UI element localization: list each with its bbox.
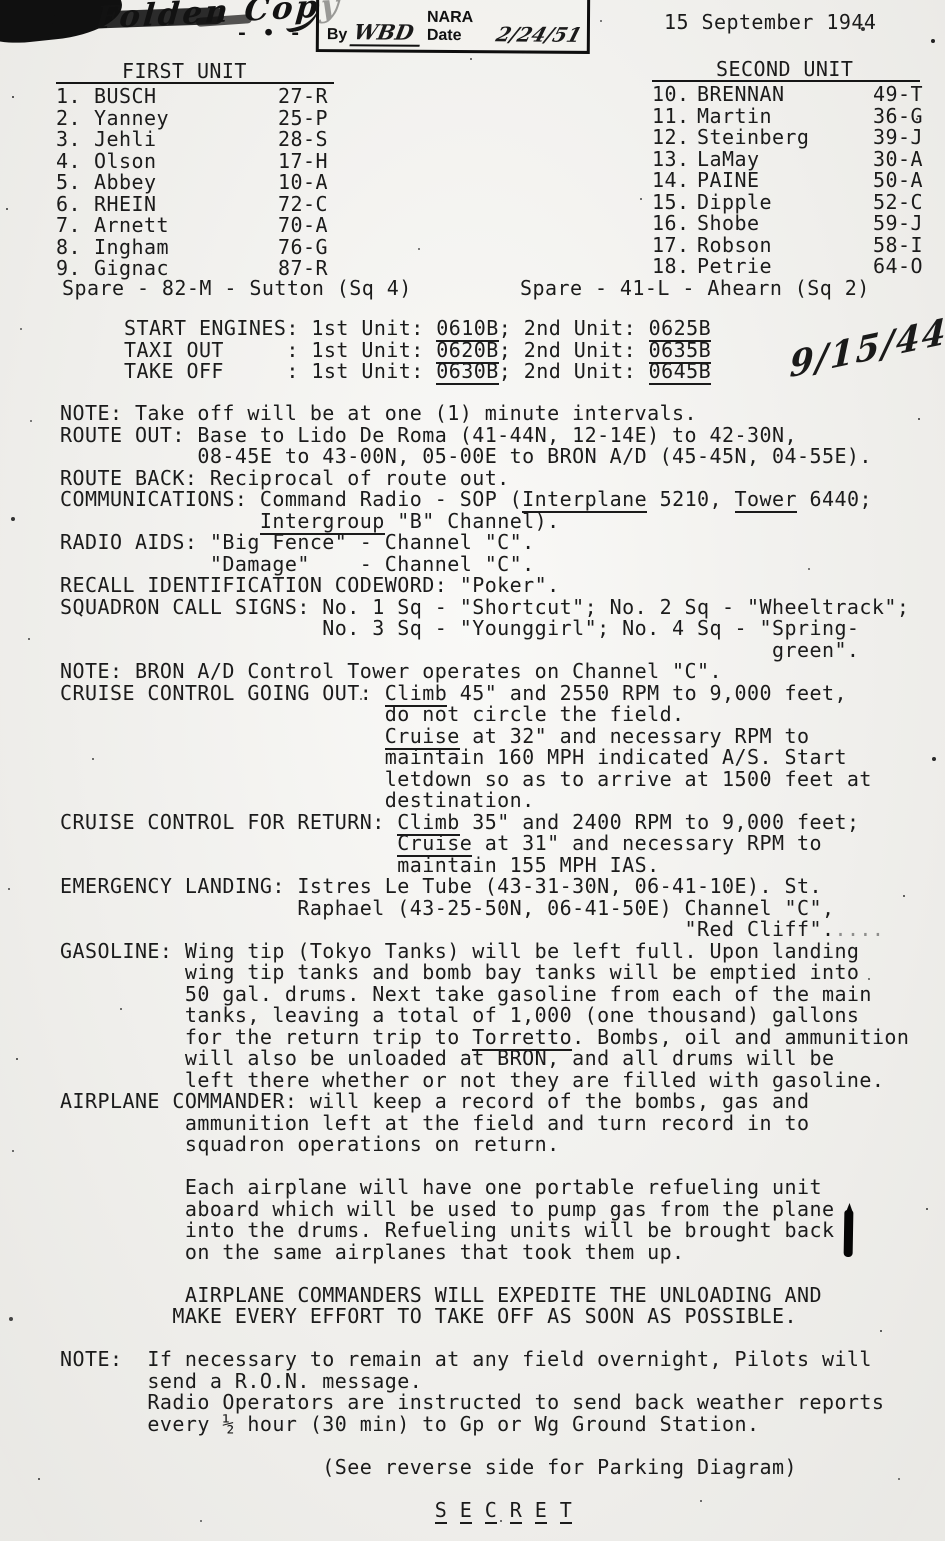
unit-row: 16.Shobe59-J — [652, 213, 920, 235]
text-line: "Damage" - Channel "C". — [60, 554, 909, 576]
document-date: 15 September 1944 — [664, 10, 876, 34]
text-line: wing tip tanks and bomb bay tanks will b… — [60, 962, 909, 984]
text-line: maintain 155 MPH IAS. — [60, 855, 909, 877]
text-line: NOTE: BRON A/D Control Tower operates on… — [60, 661, 909, 683]
text-line: NOTE: Take off will be at one (1) minute… — [60, 403, 909, 425]
text-line: "Red Cliff"..... — [60, 919, 909, 941]
text-line: Radio Operators are instructed to send b… — [60, 1392, 909, 1414]
unit-row: 8.Ingham76-G — [56, 237, 334, 259]
text-line: AIRPLANE COMMANDER: will keep a record o… — [60, 1091, 909, 1113]
text-line: left there whether or not they are fille… — [60, 1070, 909, 1092]
unit-row: 3.Jehli28-S — [56, 129, 334, 151]
unit-row: 1.BUSCH27-R — [56, 86, 334, 108]
unit-row: 15.Dipple52-C — [652, 192, 920, 214]
second-unit-table: 10.BRENNAN49-T11.Martin36-G12.Steinberg3… — [652, 84, 920, 278]
nara-declassification-stamp: By WBD NARA Date 2/24/51 — [316, 0, 590, 54]
second-unit-title: SECOND UNIT — [652, 58, 920, 82]
text-line: ammunition left at the field and turn re… — [60, 1113, 909, 1135]
text-line: (See reverse side for Parking Diagram) — [60, 1457, 909, 1479]
text-line: destination. — [60, 790, 909, 812]
text-line: green". — [60, 640, 909, 662]
text-line: EMERGENCY LANDING: Istres Le Tube (43-31… — [60, 876, 909, 898]
first-unit-spare: Spare - 82-M - Sutton (Sq 4) — [62, 276, 412, 300]
text-line: RECALL IDENTIFICATION CODEWORD: "Poker". — [60, 575, 909, 597]
unit-row: 4.Olson17-H — [56, 151, 334, 173]
text-line: ROUTE OUT: Base to Lido De Roma (41-44N,… — [60, 425, 909, 447]
second-unit-spare: Spare - 41-L - Ahearn (Sq 2) — [520, 276, 870, 300]
unit-row: 2.Yanney25-P — [56, 108, 334, 130]
unit-row: 10.BRENNAN49-T — [652, 84, 920, 106]
text-line — [60, 1156, 909, 1178]
text-line: S E C R E T — [60, 1500, 909, 1522]
document-page: Folden Copy - • - By WBD NARA Date 2/24/… — [0, 0, 945, 1541]
text-line: for the return trip to Torretto. Bombs, … — [60, 1027, 909, 1049]
text-line: maintain 160 MPH indicated A/S. Start — [60, 747, 909, 769]
text-line — [60, 1478, 909, 1500]
scan-specks — [12, 96, 14, 98]
text-line: 08-45E to 43-00N, 05-00E to BRON A/D (45… — [60, 446, 909, 468]
unit-row: 12.Steinberg39-J — [652, 127, 920, 149]
ink-mark — [844, 1210, 854, 1257]
text-line: will also be unloaded at BRON, and all d… — [60, 1048, 909, 1070]
text-line: MAKE EVERY EFFORT TO TAKE OFF AS SOON AS… — [60, 1306, 909, 1328]
document-body: NOTE: Take off will be at one (1) minute… — [60, 403, 909, 1521]
text-line — [60, 1328, 909, 1350]
text-line: GASOLINE: Wing tip (Tokyo Tanks) will be… — [60, 941, 909, 963]
text-line: do not circle the field. — [60, 704, 909, 726]
stamp-date-handwritten: 2/24/51 — [493, 22, 584, 47]
text-line: squadron operations on return. — [60, 1134, 909, 1156]
text-line: into the drums. Refueling units will be … — [60, 1220, 909, 1242]
text-line: letdown so as to arrive at 1500 feet at — [60, 769, 909, 791]
text-line: RADIO AIDS: "Big Fence" - Channel "C". — [60, 532, 909, 554]
text-line: Intergroup "B" Channel). — [60, 511, 909, 533]
text-line: START ENGINES: 1st Unit: 0610B; 2nd Unit… — [124, 318, 711, 340]
text-line: NOTE: If necessary to remain at any fiel… — [60, 1349, 909, 1371]
text-line: tanks, leaving a total of 1,000 (one tho… — [60, 1005, 909, 1027]
text-line: on the same airplanes that took them up. — [60, 1242, 909, 1264]
unit-row: 7.Arnett70-A — [56, 215, 334, 237]
handwritten-date: 9/15/44 — [789, 311, 945, 387]
text-line: SQUADRON CALL SIGNS: No. 1 Sq - "Shortcu… — [60, 597, 909, 619]
second-unit-block: SECOND UNIT 10.BRENNAN49-T11.Martin36-G1… — [652, 58, 920, 278]
first-unit-block: FIRST UNIT 1.BUSCH27-R2.Yanney25-P3.Jehl… — [56, 60, 334, 280]
text-line: 50 gal. drums. Next take gasoline from e… — [60, 984, 909, 1006]
unit-row: 13.LaMay30-A — [652, 149, 920, 171]
text-line: CRUISE CONTROL GOING OUT: Climb 45" and … — [60, 683, 909, 705]
unit-row: 5.Abbey10-A — [56, 172, 334, 194]
text-line: COMMUNICATIONS: Command Radio - SOP (Int… — [60, 489, 909, 511]
unit-row: 17.Robson58-I — [652, 235, 920, 257]
text-line: Cruise at 32" and necessary RPM to — [60, 726, 909, 748]
stamp-initials-handwritten: WBD — [350, 19, 424, 46]
first-unit-table: 1.BUSCH27-R2.Yanney25-P3.Jehli28-S4.Olso… — [56, 86, 334, 280]
text-line: Each airplane will have one portable ref… — [60, 1177, 909, 1199]
text-line — [60, 1435, 909, 1457]
unit-row: 18.Petrie64-O — [652, 256, 920, 278]
text-line: TAKE OFF : 1st Unit: 0630B; 2nd Unit: 06… — [124, 361, 711, 383]
text-line — [60, 1263, 909, 1285]
text-line: aboard which will be used to pump gas fr… — [60, 1199, 909, 1221]
stamp-nara-date-label: NARA Date — [427, 9, 492, 45]
unit-row: 6.RHEIN72-C — [56, 194, 334, 216]
takeoff-schedule: START ENGINES: 1st Unit: 0610B; 2nd Unit… — [124, 318, 711, 383]
text-line: Cruise at 31" and necessary RPM to — [60, 833, 909, 855]
text-line: No. 3 Sq - "Younggirl"; No. 4 Sq - "Spri… — [60, 618, 909, 640]
first-unit-title: FIRST UNIT — [56, 60, 334, 84]
unit-row: 14.PAINE50-A — [652, 170, 920, 192]
text-line: TAXI OUT : 1st Unit: 0620B; 2nd Unit: 06… — [124, 340, 711, 362]
text-line: CRUISE CONTROL FOR RETURN: Climb 35" and… — [60, 812, 909, 834]
text-line: every ½ hour (30 min) to Gp or Wg Ground… — [60, 1414, 909, 1436]
stamp-by-label: By — [327, 26, 348, 44]
text-line: Raphael (43-25-50N, 06-41-50E) Channel "… — [60, 898, 909, 920]
unit-row: 11.Martin36-G — [652, 106, 920, 128]
text-line: AIRPLANE COMMANDERS WILL EXPEDITE THE UN… — [60, 1285, 909, 1307]
text-line: ROUTE BACK: Reciprocal of route out. — [60, 468, 909, 490]
text-line: send a R.O.N. message. — [60, 1371, 909, 1393]
